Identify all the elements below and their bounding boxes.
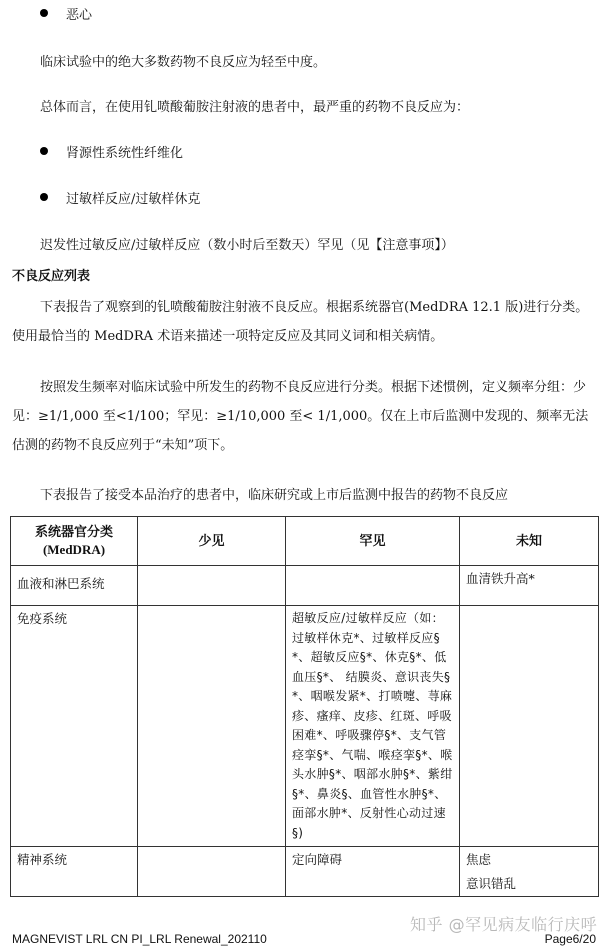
- section-heading: 不良反应列表: [12, 265, 90, 284]
- paragraph-medDRA: 下表报告了观察到的钆喷酸葡胺注射液不良反应。根据系统器官(MedDRA 12.1…: [12, 293, 592, 351]
- paragraph-overall: 总体而言，在使用钆喷酸葡胺注射液的患者中，最严重的药物不良反应为：: [40, 96, 469, 115]
- paragraph-mild: 临床试验中的绝大多数药物不良反应为轻至中度。: [40, 51, 326, 70]
- cell-unknown-item: 血清铁升高*: [466, 569, 592, 589]
- header-uncommon: 少见: [138, 517, 286, 566]
- bullet-item-anaphylactoid: 过敏样反应/过敏样休克: [66, 188, 200, 207]
- cell-unknown-item: 焦虑: [466, 850, 592, 870]
- bullet-icon: [40, 9, 48, 17]
- cell-unknown: 焦虑 意识错乱: [460, 847, 599, 897]
- cell-unknown: 血清铁升高*: [460, 566, 599, 606]
- cell-uncommon: [138, 847, 286, 897]
- table-row: 免疫系统 超敏反应/过敏样反应（如：过敏样休克*、过敏样反应§*、超敏反应§*、…: [11, 606, 599, 847]
- adverse-reactions-table: 系统器官分类 (MedDRA) 少见 罕见 未知 血液和淋巴系统 血清铁升高* …: [10, 516, 599, 897]
- cell-soc: 免疫系统: [11, 606, 138, 847]
- paragraph-medDRA-text: 下表报告了观察到的钆喷酸葡胺注射液不良反应。根据系统器官(MedDRA 12.1…: [12, 300, 588, 344]
- bullet-icon: [40, 147, 48, 155]
- bullet-item-nsf: 肾源性系统性纤维化: [66, 142, 183, 161]
- cell-rare: 超敏反应/过敏样反应（如：过敏样休克*、过敏样反应§*、超敏反应§*、休克§*、…: [286, 606, 460, 847]
- header-unknown: 未知: [460, 517, 599, 566]
- cell-soc: 血液和淋巴系统: [11, 566, 138, 606]
- bullet-icon: [40, 193, 48, 201]
- cell-uncommon: [138, 566, 286, 606]
- header-soc-label: 系统器官分类: [17, 523, 131, 541]
- paragraph-frequency: 按照发生频率对临床试验中所发生的药物不良反应进行分类。根据下述惯例，定义频率分组…: [12, 373, 592, 460]
- cell-unknown: [460, 606, 599, 847]
- paragraph-table-intro: 下表报告了接受本品治疗的患者中，临床研究或上市后监测中报告的药物不良反应: [40, 484, 508, 503]
- table-row: 精神系统 定向障碍 焦虑 意识错乱: [11, 847, 599, 897]
- table-row: 血液和淋巴系统 血清铁升高*: [11, 566, 599, 606]
- paragraph-delayed: 迟发性过敏反应/过敏样反应（数小时后至数天）罕见（见【注意事项】）: [40, 234, 454, 253]
- header-rare: 罕见: [286, 517, 460, 566]
- footer-doc-id: MAGNEVIST LRL CN PI_LRL Renewal_202110: [12, 932, 267, 946]
- cell-rare: [286, 566, 460, 606]
- cell-unknown-item: 意识错乱: [466, 874, 592, 894]
- footer-page-number: Page6/20: [545, 932, 596, 946]
- header-soc-sublabel: (MedDRA): [17, 541, 131, 559]
- header-soc: 系统器官分类 (MedDRA): [11, 517, 138, 566]
- table-header-row: 系统器官分类 (MedDRA) 少见 罕见 未知: [11, 517, 599, 566]
- cell-uncommon: [138, 606, 286, 847]
- paragraph-frequency-text: 按照发生频率对临床试验中所发生的药物不良反应进行分类。根据下述惯例，定义频率分组…: [12, 380, 588, 453]
- bullet-item-nausea: 恶心: [66, 4, 92, 23]
- cell-rare: 定向障碍: [286, 847, 460, 897]
- cell-soc: 精神系统: [11, 847, 138, 897]
